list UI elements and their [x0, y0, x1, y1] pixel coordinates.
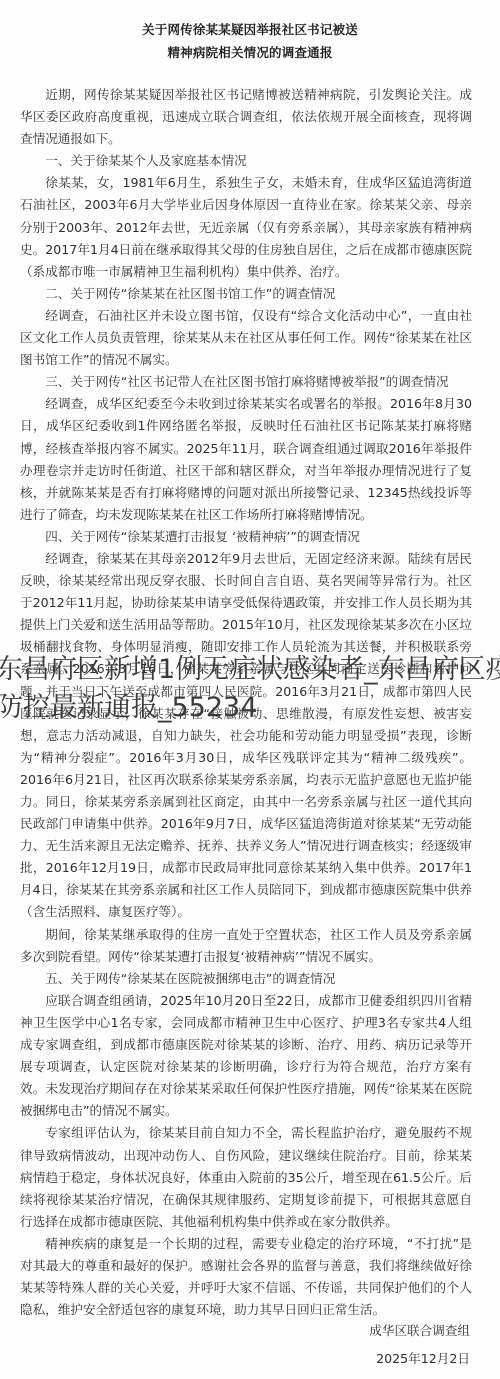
section-1-paragraph: 徐某某，女，1981年6月生，系独生子女，未婚未育，住成华区猛追湾街道石油社区，…: [20, 172, 472, 282]
section-3-paragraph: 经调查，成华区纪委至今未收到过徐某某实名或署名的举报。2016年8月30日，成华…: [20, 393, 472, 526]
signature-organization: 成华区联合调查组: [369, 1320, 470, 1339]
section-heading-5: 五、关于网传“徐某某在医院被捆绑电击”的调查情况: [20, 968, 472, 990]
section-heading-4: 四、关于网传“徐某某遭打击报复 ‘被精神病’”的调查情况: [20, 526, 472, 548]
intro-paragraph: 近期，网传徐某某疑因举报社区书记赌博被送精神病院，引发舆论关注。成华区委区政府高…: [20, 84, 472, 150]
section-2-paragraph: 经调查，石油社区并未设立图书馆，仅设有“综合文化活动中心”，一直由社区文化工作人…: [20, 305, 472, 371]
section-heading-1: 一、关于徐某某个人及家庭基本情况: [20, 150, 472, 172]
document-page: 关于网传徐某某疑因举报社区书记被送 精神病院相关情况的调查通报 近期，网传徐某某…: [0, 0, 500, 1379]
section-4-paragraph-1: 经调查，徐某某在其母亲2012年9月去世后，无固定经济来源。陆续有居民反映，徐某…: [20, 548, 472, 924]
watermark-overlay-line-1: 东昌府区新增1例无症状感染者_东昌府区疫情: [0, 656, 500, 683]
document-title-line-1: 关于网传徐某某疑因举报社区书记被送: [0, 20, 500, 38]
closing-paragraph: 精神疾病的康复是一个长期的过程，需要专业稳定的治疗环境，“不打扰”是对其最大的尊…: [20, 1233, 472, 1321]
watermark-overlay-line-2: 防控最新通报_55234: [0, 694, 500, 721]
signature-date: 2025年12月2日: [376, 1348, 470, 1367]
section-5-paragraph-1: 应联合调查组函请，2025年10月20日至22日，成都市卫健委组织四川省精神卫生…: [20, 990, 472, 1123]
section-heading-2: 二、关于网传“徐某某在社区图书馆工作”的调查情况: [20, 283, 472, 305]
section-heading-3: 三、关于网传“社区书记带人在社区图书馆打麻将赌博被举报”的调查情况: [20, 371, 472, 393]
section-5-paragraph-2: 专家组评估认为，徐某某目前自知力不全，需长程监护治疗，避免服药不规律导致病情波动…: [20, 1122, 472, 1232]
document-title-line-2: 精神病院相关情况的调查通报: [0, 43, 500, 61]
section-4-paragraph-2: 期间，徐某某继承取得的住房一直处于空置状态，社区工作人员及旁系亲属多次到院看望。…: [20, 924, 472, 968]
